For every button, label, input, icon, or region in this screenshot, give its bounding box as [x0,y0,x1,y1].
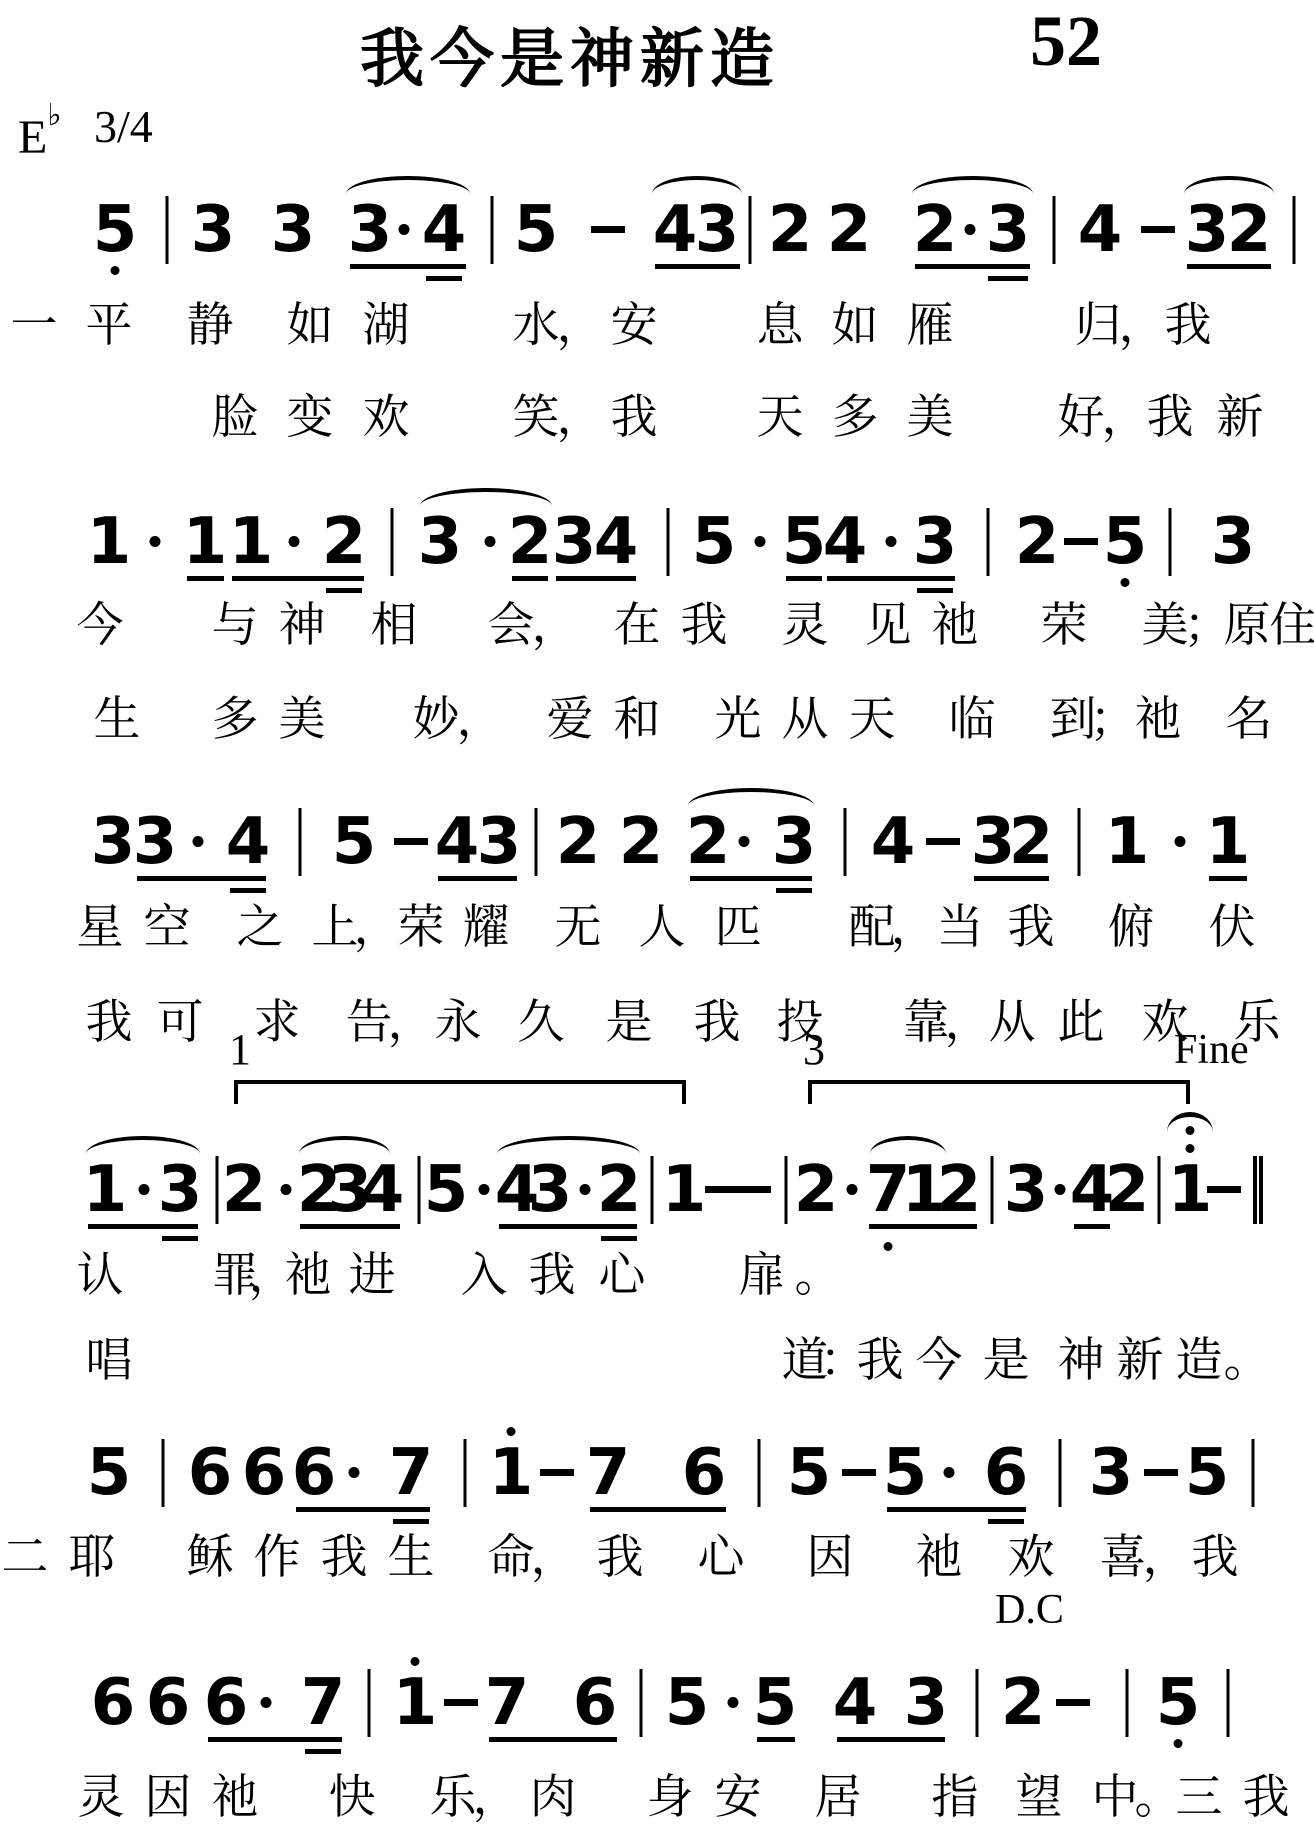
barline-icon [1293,196,1296,264]
beam-underline-icon [556,576,636,581]
lyric-char: 雁 [907,300,954,352]
lyric-char: 命 [488,1532,535,1584]
note-digit: 1 [229,512,274,572]
lyric-char: 此 [1058,997,1105,1049]
note-digit: 2 [794,1160,839,1220]
barline-icon [1059,1439,1062,1507]
beam-underline-icon [837,1737,945,1742]
key-signature: E♭ [18,98,61,165]
note-digit: 2 [913,200,958,260]
lyric-char: 我 [681,600,728,652]
note-digit: 3 [418,512,463,572]
beam-underline-icon [1074,1224,1110,1229]
lyric-char: 生 [388,1532,435,1584]
barline-icon [640,1669,643,1737]
beam-underline-icon [590,1507,726,1512]
barline-icon [162,1439,165,1507]
lyric-char: 。 [795,1250,842,1302]
duration-dash-icon [926,838,960,845]
lyric-char: 多 [212,694,259,746]
note-digit: 5 [1156,1673,1201,1733]
lyric-char: 新 [1117,1335,1164,1387]
lyric-char: 因 [807,1532,854,1584]
lyric-char: 空 [144,902,191,954]
slur-arc-icon [86,1136,200,1154]
note-digit: 3 [477,812,522,872]
high-octave-dot-icon [411,1657,420,1666]
lyric-char: 美 [907,392,954,444]
note-digit: 3 [133,812,178,872]
duration-dash-icon [1144,1469,1178,1476]
lyric-char: ， [354,902,401,954]
augmentation-dot-icon [944,1467,955,1478]
page-title: 我今是神新造 [360,8,780,100]
beam-underline-icon [690,876,812,881]
lyric-char: 扉 [739,1250,786,1302]
lyric-char: 心 [698,1532,745,1584]
barline-icon [166,196,169,264]
note-digit: 2 [619,812,664,872]
lyric-char: 我 [1192,1532,1239,1584]
lyric-char: 和 [614,694,661,746]
duration-dash-icon [394,838,428,845]
note-digit: 5 [692,512,737,572]
lyric-char: 居 [815,1772,862,1824]
note-digit: 4 [360,1160,405,1220]
note-digit: 3 [986,200,1031,260]
lyric-char: ， [388,997,435,1049]
lyric-char: 望 [1016,1772,1063,1824]
duration-dash-icon [1141,226,1175,233]
note-digit: 4 [594,512,639,572]
note-digit: 5 [87,1443,132,1503]
barline-icon [976,1669,979,1737]
note-digit: 2 [768,200,813,260]
lyric-char: 唱 [86,1335,133,1387]
beam-underline-icon [988,276,1028,281]
barline-icon [758,1439,761,1507]
beam-underline-icon [887,1507,1026,1512]
note-digit: 2 [508,512,553,572]
duration-dash-icon [591,226,625,233]
lyric-char: 。 [1224,1335,1271,1387]
lyric-char: 祂 [1135,694,1182,746]
lyric-char: 进 [349,1250,396,1302]
barline-icon [491,196,494,264]
note-digit: 6 [188,1443,233,1503]
slur-arc-icon [652,176,742,194]
beam-underline-icon [300,1224,400,1229]
slur-arc-icon [420,488,552,506]
lyric-char: 我 [857,1335,904,1387]
lyric-char: 我 [321,1532,368,1584]
lyric-char: 肉 [530,1772,577,1824]
low-octave-dot-icon [1174,1739,1183,1748]
note-digit: 4 [422,200,467,260]
volta-label: 3 [803,1024,825,1075]
barline-icon [991,1156,994,1224]
barline-icon [651,1156,654,1224]
beam-underline-icon [426,276,462,281]
barline-icon [1053,196,1056,264]
barline-icon [464,1439,467,1507]
lyric-char: 稣 [187,1532,234,1584]
note-digit: 3 [695,200,740,260]
augmentation-dot-icon [485,536,496,547]
note-digit: 1 [1105,812,1150,872]
barline-icon [299,808,302,876]
note-digit: 6 [146,1673,191,1733]
lyric-char: ， [457,694,504,746]
lyric-char: 伏 [1209,902,1256,954]
note-digit: 2 [1009,812,1054,872]
low-octave-dot-icon [1121,578,1130,587]
beam-underline-icon [232,576,364,581]
note-digit: 5 [424,1160,469,1220]
lyric-char: 美 [279,694,326,746]
barline-icon [1126,1669,1129,1737]
lyric-char: 我 [86,997,133,1049]
time-signature: 3/4 [94,100,153,153]
lyric-char: 祂 [212,1772,259,1824]
note-digit: 1 [662,1160,707,1220]
lyric-char: 我 [529,1250,576,1302]
da-capo-label: D.C [995,1586,1064,1634]
beam-underline-icon [393,1519,429,1524]
beam-underline-icon [438,876,517,881]
barline-icon [987,508,990,576]
note-digit: 2 [1015,512,1060,572]
lyric-char: 天 [757,392,804,444]
augmentation-dot-icon [150,536,161,547]
note-digit: 3 [1089,1443,1134,1503]
duration-dash-icon [540,1469,574,1476]
beam-underline-icon [88,1224,198,1229]
barline-icon [418,1156,421,1224]
note-digit: 1 [1168,1160,1213,1220]
note-digit: 3 [1185,200,1230,260]
lyric-char: 祂 [285,1250,332,1302]
lyric-char: 当 [937,902,984,954]
lyric-char: 我 [1008,902,1055,954]
flat-icon: ♭ [47,99,61,132]
slur-arc-icon [299,1136,390,1154]
note-digit: 4 [823,512,868,572]
note-digit: 6 [984,1443,1029,1503]
note-digit: 3 [1004,1160,1049,1220]
note-digit: 5 [93,200,138,260]
note-digit: 7 [301,1673,346,1733]
note-digit: 2 [322,512,367,572]
lyric-char: 耶 [69,1532,116,1584]
beam-underline-icon [350,264,466,269]
lyric-char: 配 [849,902,896,954]
duration-dash-icon [737,1186,771,1193]
note-digit: 4 [833,1673,878,1733]
low-octave-dot-icon [884,1242,893,1251]
augmentation-dot-icon [580,1184,591,1195]
beam-underline-icon [988,1519,1024,1524]
lyric-char: 今 [77,600,124,652]
barline-icon [1169,508,1172,576]
barline-icon [216,1156,219,1224]
lyric-char: 是 [983,1335,1030,1387]
beam-underline-icon [1209,876,1247,881]
beam-underline-icon [786,576,822,581]
note-digit: 5 [782,512,827,572]
lyric-char: 二 [2,1532,49,1584]
note-digit: 2 [222,1160,267,1220]
note-digit: 6 [91,1673,136,1733]
lyric-char: 快 [329,1772,376,1824]
beam-underline-icon [869,1224,977,1229]
lyric-char: 我 [611,392,658,444]
note-digit: 6 [204,1673,249,1733]
lyric-char: ， [1143,1532,1190,1584]
note-digit: 6 [242,1443,287,1503]
lyric-char: 无 [555,902,602,954]
note-digit: 3 [191,200,236,260]
note-digit: 1 [1206,812,1251,872]
lyric-char: 天 [849,694,896,746]
beam-underline-icon [915,264,1030,269]
augmentation-dot-icon [261,1697,272,1708]
lyric-char: 匹 [715,902,762,954]
augmentation-dot-icon [281,1184,292,1195]
lyric-char: 名 [1226,694,1273,746]
lyric-char: 欢 [363,392,410,444]
lyric-char: 是 [606,997,653,1049]
note-digit: 6 [573,1673,618,1733]
lyric-char: 中 [1092,1772,1139,1824]
lyric-char: ， [945,997,992,1049]
beam-underline-icon [296,1507,430,1512]
slur-arc-icon [1184,176,1274,194]
lyric-char: 光 [715,694,762,746]
lyric-char: 会 [488,600,535,652]
lyric-char: 上 [312,902,359,954]
lyric-char: 可 [157,997,204,1049]
lyric-char: 久 [518,997,565,1049]
note-digit: 4 [653,200,698,260]
fine-label: Fine [1174,1026,1249,1074]
augmentation-dot-icon [886,536,897,547]
lyric-char: 祂 [916,1532,963,1584]
slur-arc-icon [497,1136,640,1154]
lyric-char: 永 [435,997,482,1049]
slur-arc-icon [870,1136,946,1154]
volta-bracket-icon [808,1080,1190,1104]
beam-underline-icon [499,1224,637,1229]
lyric-char: 我 [694,997,741,1049]
note-digit: 3 [904,1673,949,1733]
lyric-char: 神 [1058,1335,1105,1387]
lyric-char: 湖 [363,300,410,352]
slur-arc-icon [346,176,470,194]
lyric-char: 变 [287,392,334,444]
lyric-char: 安 [611,300,658,352]
beam-underline-icon [827,576,955,581]
note-digit: 5 [753,1673,798,1733]
lyric-char: 作 [254,1532,301,1584]
note-digit: 1 [87,512,132,572]
final-barline-icon [1253,1156,1263,1224]
lyric-char: 从 [782,694,829,746]
lyric-char: 造 [1176,1335,1223,1387]
lyric-char: ， [1102,392,1149,444]
lyric-char: 三 [1176,1772,1223,1824]
lyric-char: 求 [254,997,301,1049]
note-digit: 5 [787,1443,832,1503]
lyric-char: 心 [599,1250,646,1302]
note-digit: 2 [1227,200,1272,260]
note-digit: 5 [1185,1443,1230,1503]
lyric-char: 如 [287,300,334,352]
beam-underline-icon [917,588,953,593]
lyric-char: ， [557,300,604,352]
lyric-char: ， [532,600,579,652]
lyric-char: 临 [949,694,996,746]
lyric-char: 从 [989,997,1036,1049]
lyric-char: 一 [11,300,58,352]
lyric-char: ， [891,902,938,954]
note-digit: 4 [226,812,271,872]
note-digit: 1 [393,1673,438,1733]
beam-underline-icon [305,1749,341,1754]
lyric-char: 俯 [1108,902,1155,954]
barline-icon [1252,1439,1255,1507]
lyric-char: 静 [187,300,234,352]
volta-label: 1 [229,1024,251,1075]
barline-icon [1078,808,1081,876]
note-digit: 3 [348,200,393,260]
high-octave-dot-icon [507,1427,516,1436]
lyric-char: 脸 [212,392,259,444]
lyric-char: 灵 [78,1772,125,1824]
lyric-char: 告 [346,997,393,1049]
lyric-char: 水 [513,300,560,352]
lyric-char: 身 [647,1772,694,1824]
lyric-char: 归 [1075,300,1122,352]
note-digit: 6 [292,1443,337,1503]
lyric-char: 之 [237,902,284,954]
lyric-char: 安 [715,1772,762,1824]
lyric-char: 如 [832,300,879,352]
lyric-char: ， [473,1772,520,1824]
lyric-char: ； [1090,694,1137,746]
barline-icon [844,808,847,876]
note-digit: 5 [665,1673,710,1733]
slur-arc-icon [688,788,814,806]
lyric-char: 我 [1165,300,1212,352]
beam-underline-icon [162,1236,198,1241]
volta-bracket-icon [234,1080,686,1104]
lyric-char: 我 [597,1532,644,1584]
barline-icon [391,508,394,576]
note-digit: 2 [556,812,601,872]
lyric-char: 生 [94,694,141,746]
key-letter: E [18,111,47,164]
note-digit: 2 [1001,1673,1046,1733]
lyric-char: 今 [916,1335,963,1387]
augmentation-dot-icon [1175,836,1186,847]
lyric-char: 好 [1058,392,1105,444]
note-digit: 1 [183,512,228,572]
note-digit: 7 [389,1443,434,1503]
note-digit: 5 [1103,512,1148,572]
lyric-char: 妙 [413,694,460,746]
note-digit: 2 [937,1160,982,1220]
note-digit: 3 [271,200,316,260]
lyric-char: ， [557,392,604,444]
note-digit: 1 [83,1160,128,1220]
lyric-char: 我 [1147,392,1194,444]
note-digit: 5 [332,812,377,872]
note-digit: 2 [827,200,872,260]
barline-icon [535,808,538,876]
augmentation-dot-icon [139,1184,150,1195]
barline-icon [1227,1669,1230,1737]
beam-underline-icon [601,1236,637,1241]
duration-dash-icon [842,1469,876,1476]
lyric-char: 神 [279,600,326,652]
lyric-char: 新 [1217,392,1264,444]
note-digit: 5 [514,200,559,260]
duration-dash-icon [705,1186,739,1193]
lyric-char: 与 [212,600,259,652]
lyric-char: 在 [614,600,661,652]
augmentation-dot-icon [289,536,300,547]
slur-arc-icon [912,176,1033,194]
augmentation-dot-icon [479,1184,490,1195]
beam-underline-icon [512,576,548,581]
lyric-char: 人 [639,902,686,954]
lyric-char: 。 [1135,1772,1182,1824]
augmentation-dot-icon [349,1467,360,1478]
beam-underline-icon [489,1737,617,1742]
note-digit: 2 [686,812,731,872]
beam-underline-icon [1187,264,1271,269]
lyric-char: 多 [832,392,879,444]
augmentation-dot-icon [193,836,204,847]
lyric-char: 美 [1142,600,1189,652]
note-digit: 3 [913,512,958,572]
barline-icon [785,1156,788,1224]
lyric-char: 荣 [398,902,445,954]
lyric-char: ， [1119,300,1166,352]
lyric-char: 欢 [1008,1532,1055,1584]
beam-underline-icon [208,1737,342,1742]
duration-dash-icon [1207,1186,1241,1193]
lyric-char: 灵 [782,600,829,652]
page-number: 52 [1030,0,1102,83]
lyric-char: 笑 [513,392,560,444]
lyric-char: 因 [145,1772,192,1824]
augmentation-dot-icon [847,1184,858,1195]
lyric-char: 耀 [463,902,510,954]
lyric-char: 星 [77,902,124,954]
note-digit: 4 [1078,200,1123,260]
fermata-dot-icon [1186,1126,1195,1135]
sheet-music-page: 我今是神新造 52 E♭ 3/4 533345432223432一平静如湖水，安… [0,0,1314,1842]
lyric-char: 祂 [932,600,979,652]
beam-underline-icon [326,588,362,593]
note-digit: 3 [1211,512,1256,572]
note-digit: 4 [871,812,916,872]
lyric-char: 平 [86,300,133,352]
augmentation-dot-icon [739,836,750,847]
lyric-char: 原 [1224,600,1271,652]
